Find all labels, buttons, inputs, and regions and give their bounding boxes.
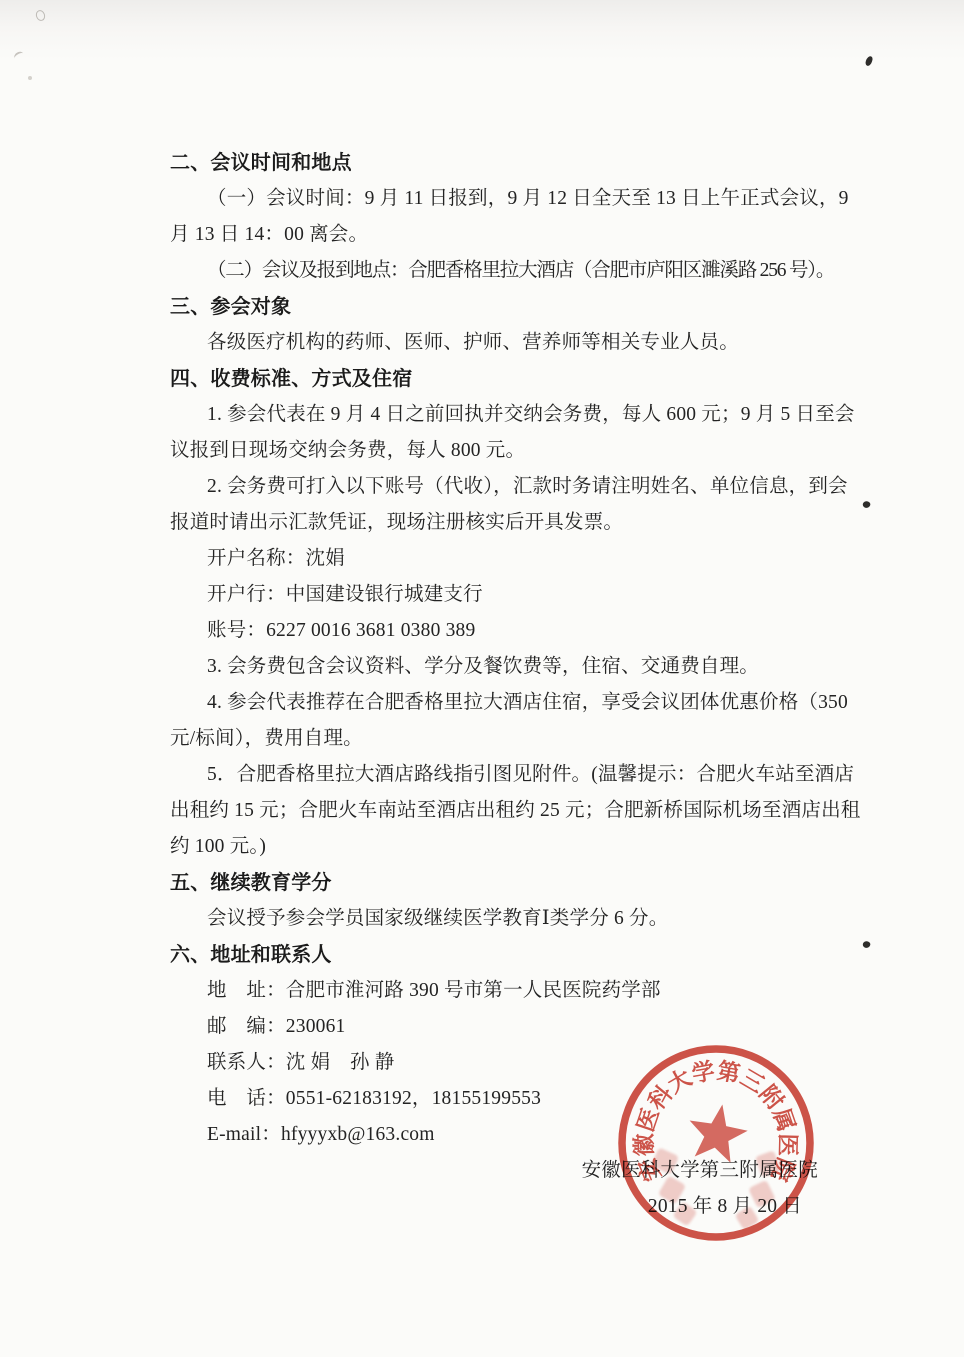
text-line: E-mail：hfyyyxb@163.com bbox=[170, 1117, 858, 1153]
text-line: 月 13 日 14：00 离会。 bbox=[170, 217, 858, 253]
text-line: 账号：6227 0016 3681 0380 389 bbox=[170, 613, 858, 649]
text-line: 安徽医科大学第三附属医院 bbox=[170, 1153, 858, 1189]
text-line: 2. 会务费可打入以下账号（代收），汇款时务请注明姓名、单位信息，到会 bbox=[170, 469, 858, 505]
scanned-document-page: 二、会议时间和地点（一）会议时间：9 月 11 日报到，9 月 12 日全天至 … bbox=[0, 0, 964, 1357]
text-line: 出租约 15 元；合肥火车南站至酒店出租约 25 元；合肥新桥国际机场至酒店出租 bbox=[170, 793, 858, 829]
text-line: 3. 会务费包含会议资料、学分及餐饮费等，住宿、交通费自理。 bbox=[170, 649, 858, 685]
text-line: 地 址：合肥市淮河路 390 号市第一人民医院药学部 bbox=[170, 973, 858, 1009]
scan-artifact bbox=[28, 76, 32, 80]
lines-container: 二、会议时间和地点（一）会议时间：9 月 11 日报到，9 月 12 日全天至 … bbox=[170, 145, 858, 1225]
text-line: （二）会议及报到地点：合肥香格里拉大酒店（合肥市庐阳区濉溪路 256 号）。 bbox=[170, 253, 858, 289]
text-line: 报道时请出示汇款凭证，现场注册核实后开具发票。 bbox=[170, 505, 858, 541]
text-line: 各级医疗机构的药师、医师、护师、营养师等相关专业人员。 bbox=[170, 325, 858, 361]
scan-artifact bbox=[13, 50, 26, 62]
text-line: 邮 编：230061 bbox=[170, 1009, 858, 1045]
text-line: 约 100 元。) bbox=[170, 829, 858, 865]
text-line: 开户行：中国建设银行城建支行 bbox=[170, 577, 858, 613]
text-line: 4. 参会代表推荐在合肥香格里拉大酒店住宿，享受会议团体优惠价格（350 bbox=[170, 685, 858, 721]
ink-speck bbox=[865, 55, 874, 66]
text-line: 电 话：0551-62183192，18155199553 bbox=[170, 1081, 858, 1117]
text-line: 5．合肥香格里拉大酒店路线指引图见附件。(温馨提示：合肥火车站至酒店 bbox=[170, 757, 858, 793]
text-line: （一）会议时间：9 月 11 日报到，9 月 12 日全天至 13 日上午正式会… bbox=[170, 181, 858, 217]
scan-artifact bbox=[34, 9, 46, 22]
text-line: 三、参会对象 bbox=[170, 289, 858, 325]
text-line: 二、会议时间和地点 bbox=[170, 145, 858, 181]
text-line: 六、地址和联系人 bbox=[170, 937, 858, 973]
text-line: 会议授予参会学员国家级继续医学教育Ⅰ类学分 6 分。 bbox=[170, 901, 858, 937]
text-line: 联系人：沈 娟 孙 静 bbox=[170, 1045, 858, 1081]
text-line: 四、收费标准、方式及住宿 bbox=[170, 361, 858, 397]
text-line: 五、继续教育学分 bbox=[170, 865, 858, 901]
ink-speck bbox=[862, 940, 872, 950]
text-line: 开户名称：沈娟 bbox=[170, 541, 858, 577]
ink-speck bbox=[862, 500, 872, 510]
text-line: 元/标间），费用自理。 bbox=[170, 721, 858, 757]
document-body: 二、会议时间和地点（一）会议时间：9 月 11 日报到，9 月 12 日全天至 … bbox=[170, 145, 858, 1225]
text-line: 议报到日现场交纳会务费，每人 800 元。 bbox=[170, 433, 858, 469]
text-line: 2015 年 8 月 20 日 bbox=[170, 1189, 858, 1225]
text-line: 1. 参会代表在 9 月 4 日之前回执并交纳会务费，每人 600 元；9 月 … bbox=[170, 397, 858, 433]
